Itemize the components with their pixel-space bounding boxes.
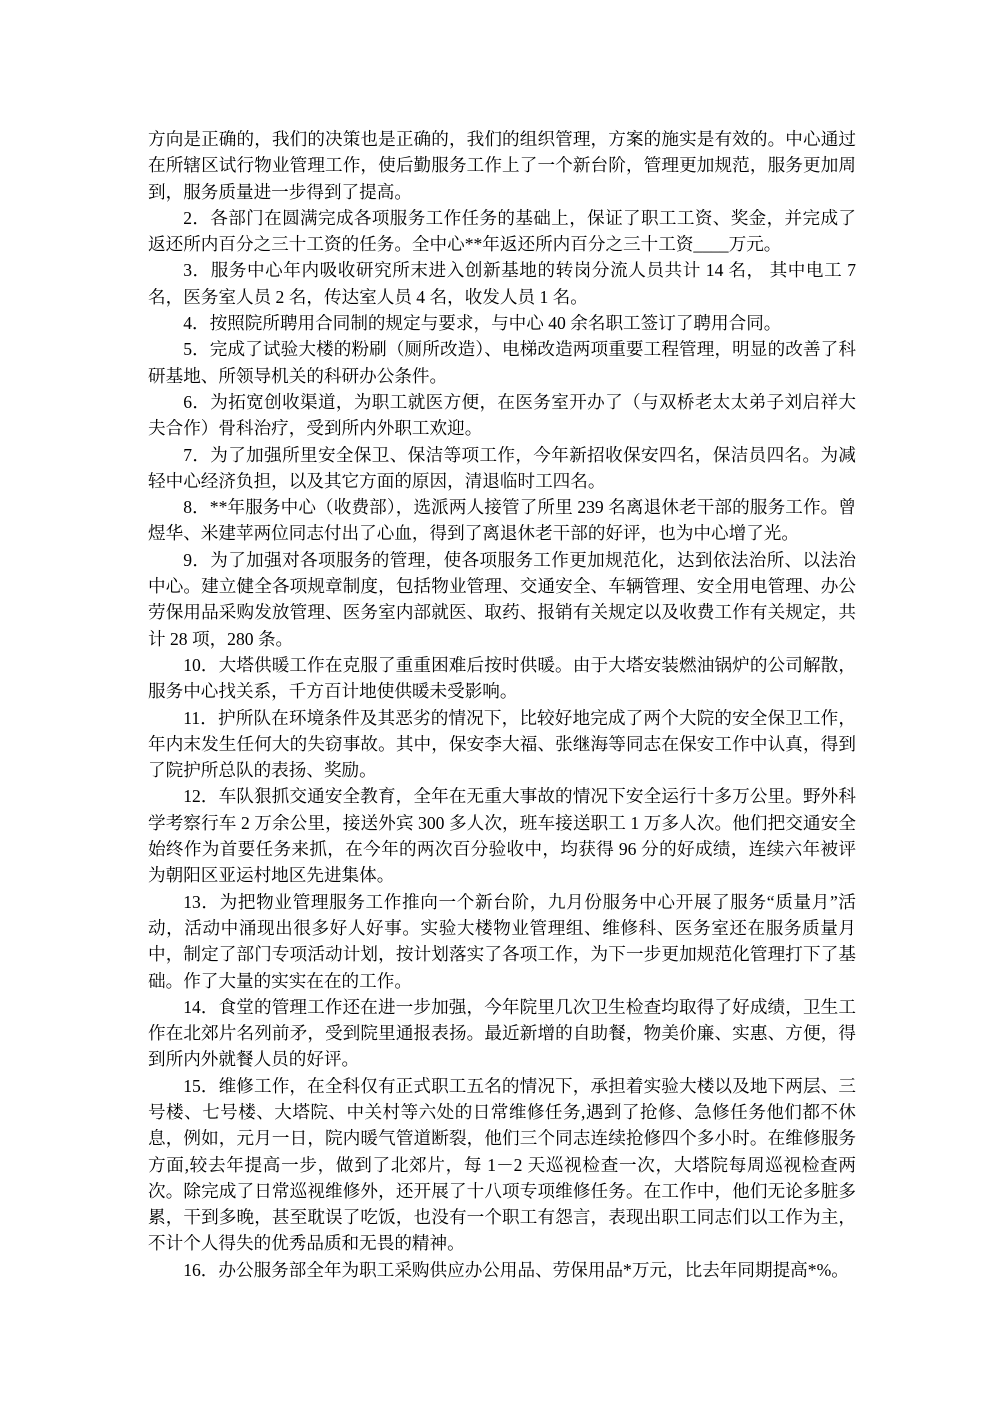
paragraph: 10．大塔供暖工作在克服了重重困难后按时供暖。由于大塔安装燃油锅炉的公司解散，服… [148,652,856,705]
document-page: 方向是正确的，我们的决策也是正确的，我们的组织管理，方案的施实是有效的。中心通过… [148,126,856,1283]
paragraph: 5．完成了试验大楼的粉刷（厕所改造）、电梯改造两项重要工程管理，明显的改善了科研… [148,336,856,389]
paragraph: 6．为拓宽创收渠道，为职工就医方便，在医务室开办了（与双桥老太太弟子刘启祥大夫合… [148,389,856,442]
paragraph: 7．为了加强所里安全保卫、保洁等项工作，今年新招收保安四名，保洁员四名。为减轻中… [148,442,856,495]
paragraph: 14．食堂的管理工作还在进一步加强，今年院里几次卫生检查均取得了好成绩，卫生工作… [148,994,856,1073]
paragraph: 8．**年服务中心（收费部），选派两人接管了所里 239 名离退休老干部的服务工… [148,494,856,547]
paragraph: 13．为把物业管理服务工作推向一个新台阶，九月份服务中心开展了服务“质量月”活动… [148,889,856,994]
paragraph: 16．办公服务部全年为职工采购供应办公用品、劳保用品*万元，比去年同期提高*%。 [148,1257,856,1283]
paragraph: 11．护所队在环境条件及其恶劣的情况下，比较好地完成了两个大院的安全保卫工作，年… [148,705,856,784]
paragraph: 12．车队狠抓交通安全教育，全年在无重大事故的情况下安全运行十多万公里。野外科学… [148,783,856,888]
paragraph: 3．服务中心年内吸收研究所末进入创新基地的转岗分流人员共计 14 名， 其中电工… [148,257,856,310]
paragraph: 2．各部门在圆满完成各项服务工作任务的基础上，保证了职工工资、奖金，并完成了返还… [148,205,856,258]
paragraph: 方向是正确的，我们的决策也是正确的，我们的组织管理，方案的施实是有效的。中心通过… [148,126,856,205]
paragraph: 9．为了加强对各项服务的管理，使各项服务工作更加规范化，达到依法治所、以法治中心… [148,547,856,652]
paragraph: 4．按照院所聘用合同制的规定与要求，与中心 40 余名职工签订了聘用合同。 [148,310,856,336]
paragraph: 15．维修工作，在全科仅有正式职工五名的情况下，承担着实验大楼以及地下两层、三号… [148,1073,856,1257]
